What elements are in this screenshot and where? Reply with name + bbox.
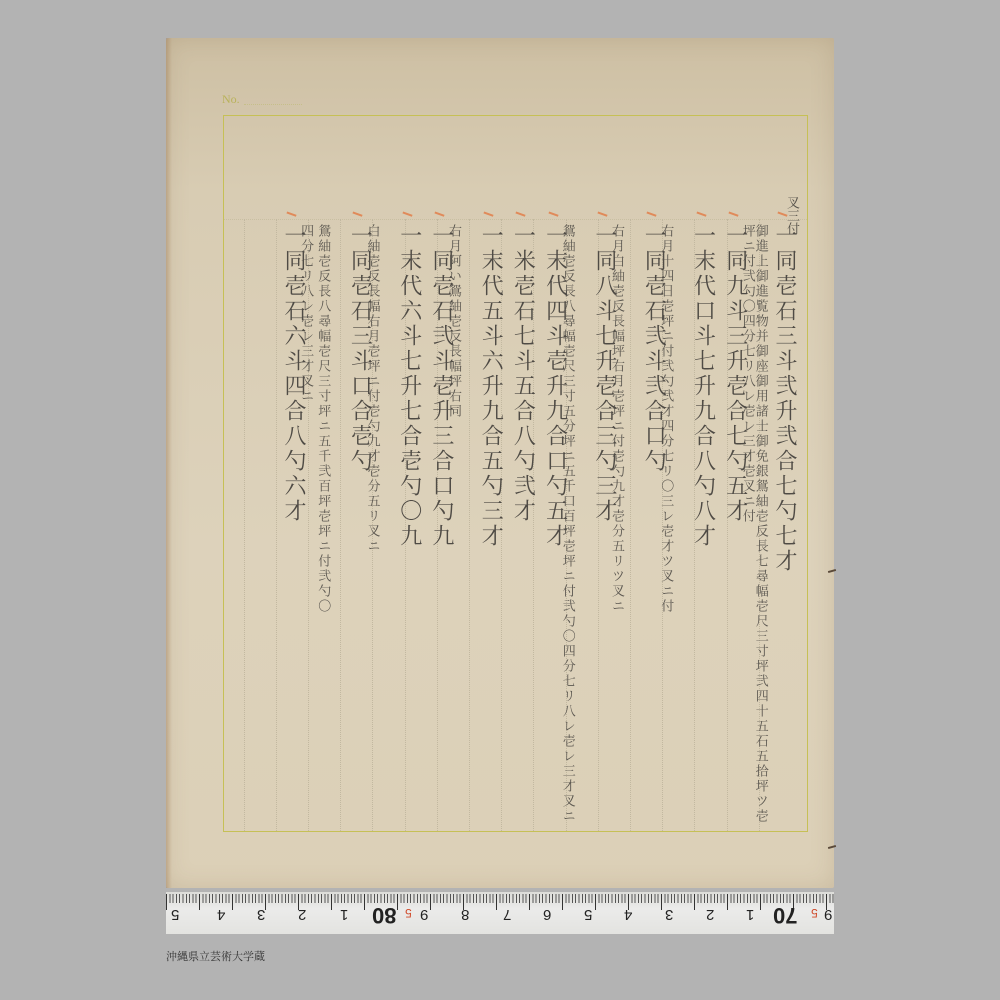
red-check-mark: [352, 211, 363, 219]
entry-line: 一同壱石三斗弐升弐合七勺七才: [773, 224, 795, 574]
text-columns: 一同壱石三斗弐升弐合七勺七才御進上御進覧物并御座御用諸士御免銀鴛紬壱反長七尋幅壱…: [224, 219, 807, 831]
ruler-number: 5: [171, 906, 179, 923]
note-line: 鴛紬壱反長八尋幅壱尺三寸坪ニ五千弐百坪壱坪ニ付弐勺〇: [316, 224, 329, 614]
entry-line: 一同壱石三斗口合壱勺: [348, 224, 370, 474]
ruled-frame: 一同壱石三斗弐升弐合七勺七才御進上御進覧物并御座御用諸士御免銀鴛紬壱反長七尋幅壱…: [223, 115, 808, 832]
number-label: No.: [222, 92, 240, 107]
document-sheet: No. 一同壱石三斗弐升弐合七勺七才御進上御進覧物并御座御用諸士御免銀鴛紬壱反長…: [166, 38, 834, 888]
red-check-mark: [515, 211, 526, 219]
entry-line: 一末代六斗七升七合壱勺〇九: [398, 224, 420, 549]
red-check-mark: [646, 211, 657, 219]
ruler-number: 3: [257, 906, 265, 923]
column-rule: [244, 219, 245, 831]
red-check-mark: [401, 211, 412, 219]
header-note: 叉三付: [782, 196, 801, 235]
red-check-mark: [695, 211, 706, 219]
ruler-number: 9: [824, 906, 832, 923]
ruler-number: 5: [811, 906, 818, 920]
ruler-number: 8: [461, 906, 469, 923]
entry-line: 一同九斗三升壱合七勺五才: [724, 224, 746, 524]
entry-line: 一同壱石弐斗壱升三合口勺九: [430, 224, 452, 549]
column-rule: [276, 219, 277, 831]
ruler-number: 5: [405, 906, 412, 920]
red-check-mark: [547, 211, 558, 219]
entry-line: 一米壱石七斗五合八勺弐才: [511, 224, 533, 524]
ruler-number: 7: [503, 906, 511, 923]
edge-mark: [828, 845, 836, 849]
ruler-number: 4: [624, 906, 632, 923]
entry-line: 一末代四斗壱升九合口勺五才: [544, 224, 566, 549]
edge-mark: [828, 569, 836, 573]
red-check-mark: [433, 211, 444, 219]
ruler-number: 2: [298, 906, 306, 923]
entry-line: 一同八斗七升壱合三勺三才: [593, 224, 615, 524]
ruler-number: 4: [217, 906, 225, 923]
ruler-number: 5: [584, 906, 592, 923]
column-rule: [630, 219, 631, 831]
ruler-number: 80: [372, 902, 396, 928]
entry-line: 一末代五斗六升九合五勺三才: [479, 224, 501, 549]
number-field-line: [244, 104, 302, 105]
measuring-ruler: 543218059876543217059: [166, 892, 834, 934]
ruler-ticks: [166, 894, 834, 910]
collection-caption: 沖縄県立芸術大学蔵: [166, 948, 265, 964]
entry-line: 一同壱石弐斗弐合口勺: [642, 224, 664, 474]
ruler-number: 9: [420, 906, 428, 923]
ruler-number: 3: [665, 906, 673, 923]
ruler-number: 1: [746, 906, 754, 923]
ruler-number: 6: [543, 906, 551, 923]
ruler-number: 1: [340, 906, 348, 923]
ruler-number: 2: [706, 906, 714, 923]
entry-line: 一末代口斗七升九合八勺八才: [692, 224, 714, 549]
column-rule: [340, 219, 341, 831]
entry-line: 一同壱石六斗四合八勺六才: [282, 224, 304, 524]
red-check-mark: [727, 211, 738, 219]
red-check-mark: [483, 211, 494, 219]
red-check-mark: [285, 211, 296, 219]
column-rule: [469, 219, 470, 831]
ruler-number: 70: [773, 902, 797, 928]
